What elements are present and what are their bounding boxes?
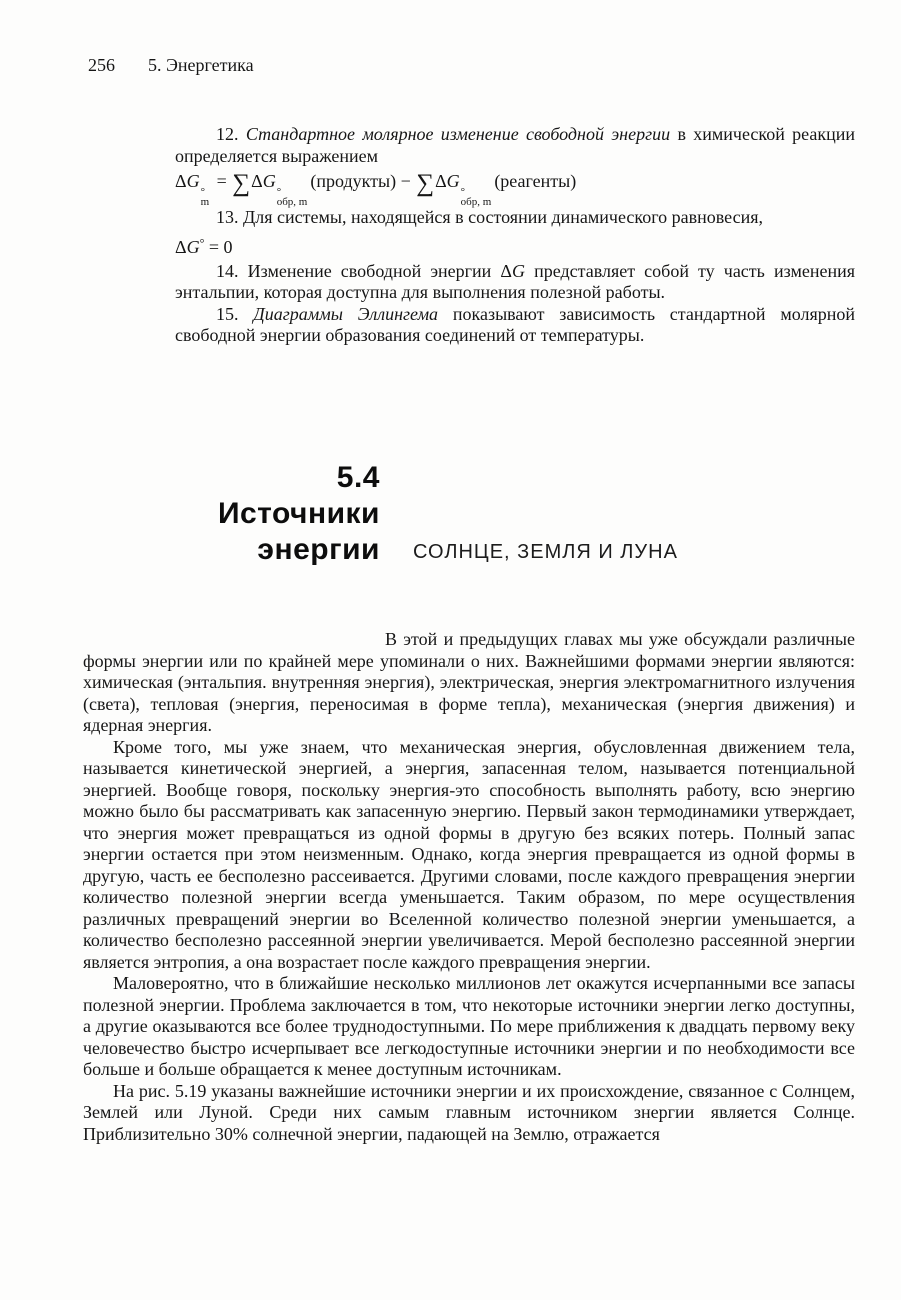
minus-sign: − [396, 171, 415, 191]
item-text: Для системы, находящейся в состоянии дин… [243, 207, 763, 227]
body-paragraph-1: В этой и предыдущих главах мы уже обсужд… [83, 629, 855, 737]
delta-symbol: Δ [175, 171, 187, 191]
g-symbol: G [263, 171, 276, 191]
list-item-12: 12. Стандартное молярное изменение свобо… [175, 124, 855, 167]
book-page: 256 5. Энергетика 12. Стандартное молярн… [0, 0, 901, 1300]
list-item-13: 13. Для системы, находящейся в состоянии… [175, 207, 855, 229]
reagents-term: (реагенты) [494, 171, 576, 191]
item-number: 12. [216, 124, 239, 144]
section-heading: 5.4 Источники энергии [0, 460, 380, 568]
page-number: 256 [88, 55, 115, 76]
summation-symbol: ∑ [231, 170, 251, 197]
body-paragraph-3: Маловероятно, что в ближайшие несколько … [83, 973, 855, 1081]
chapter-summary-list: 12. Стандартное молярное изменение свобо… [175, 124, 855, 347]
formula-gibbs-energy: ΔG°m = ∑ΔG°обр, m(продукты) − ∑ΔG°обр, m… [175, 167, 855, 207]
section-subtitle: СОЛНЦЕ, ЗЕМЛЯ И ЛУНА [413, 541, 678, 564]
sup-sub-stack: °обр, m [461, 187, 492, 207]
body-text: В этой и предыдущих главах мы уже обсужд… [83, 629, 855, 1145]
list-item-15: 15. Диаграммы Эллингема показывают завис… [175, 304, 855, 347]
body-paragraph-2: Кроме того, мы уже знаем, что механическ… [83, 737, 855, 974]
sup-sub-stack: °обр, m [277, 187, 308, 207]
delta-symbol: Δ [251, 171, 263, 191]
g-symbol: G [187, 171, 200, 191]
item-number: 14. [216, 261, 239, 281]
item-number: 15. [216, 304, 239, 324]
section-number: 5.4 [0, 460, 380, 496]
section-title-line2: энергии [0, 532, 380, 568]
summation-symbol: ∑ [415, 170, 435, 197]
item-number: 13. [216, 207, 239, 227]
equals-sign: = [212, 171, 231, 191]
section-title-line1: Источники [0, 496, 380, 532]
g-symbol: G [447, 171, 460, 191]
item-lead-italic: Стандартное молярное изменение свободной… [246, 124, 670, 144]
item-lead-italic: Диаграммы Эллингема [253, 304, 438, 324]
g-symbol: G [512, 261, 525, 281]
item-text: Изменение свободной энергии [248, 261, 492, 281]
g-symbol: G [187, 237, 200, 257]
delta-symbol: Δ [175, 237, 187, 257]
list-item-14: 14. Изменение свободной энергии ΔG предс… [175, 261, 855, 304]
products-term: (продукты) [310, 171, 396, 191]
formula-equilibrium: ΔG° = 0 [175, 229, 855, 261]
delta-symbol: Δ [500, 261, 512, 281]
chapter-header: 5. Энергетика [148, 55, 254, 76]
delta-symbol: Δ [435, 171, 447, 191]
equals-zero: = 0 [204, 237, 232, 257]
body-paragraph-4: На рис. 5.19 указаны важнейшие источники… [83, 1081, 855, 1146]
sup-sub-stack: °m [201, 187, 210, 207]
